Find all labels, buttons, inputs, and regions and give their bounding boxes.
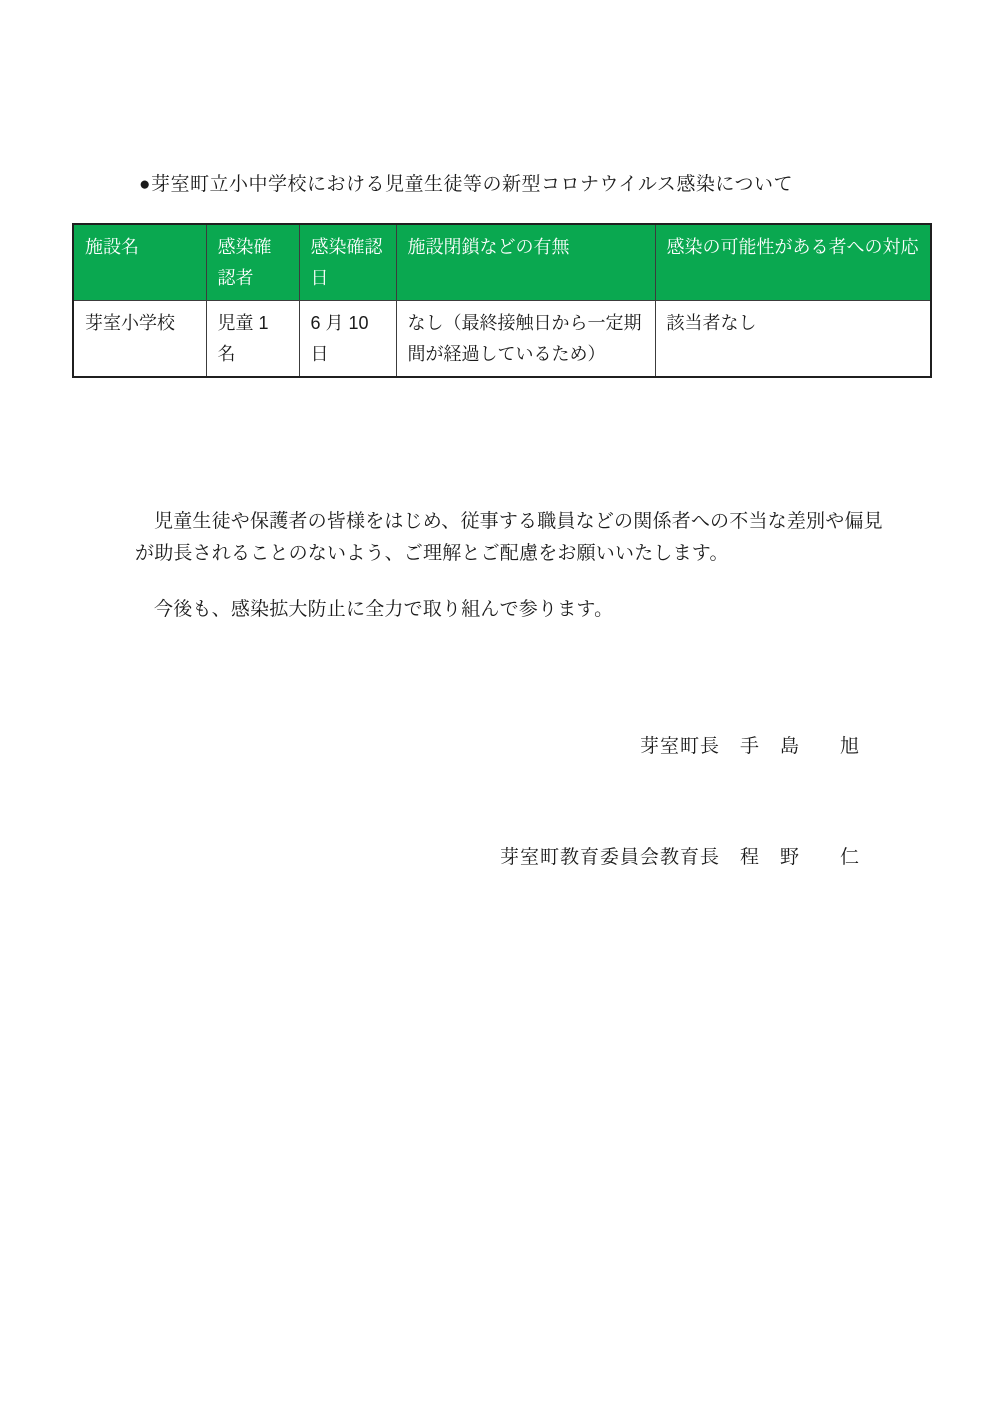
header-confirmed-person: 感染確認者 — [206, 224, 299, 301]
cell-facility-name: 芽室小学校 — [73, 301, 206, 378]
header-confirmed-date: 感染確認日 — [299, 224, 396, 301]
paragraph-discrimination-notice: 児童生徒や保護者の皆様をはじめ、従事する職員などの関係者への不当な差別や偏見が助… — [135, 506, 883, 570]
cell-confirmed-date: 6 月 10 日 — [299, 301, 396, 378]
document-page: ●芽室町立小中学校における児童生徒等の新型コロナウイルス感染について 施設名 感… — [0, 0, 1000, 1415]
signature-superintendent: 芽室町教育委員会教育長 程 野 仁 — [500, 839, 860, 876]
header-contact-response: 感染の可能性がある者への対応 — [655, 224, 931, 301]
header-closure-status: 施設閉鎖などの有無 — [396, 224, 655, 301]
table-header-row: 施設名 感染確認者 感染確認日 施設閉鎖などの有無 感染の可能性がある者への対応 — [73, 224, 931, 301]
table-row: 芽室小学校 児童 1 名 6 月 10 日 なし（最終接触日から一定期間が経過し… — [73, 301, 931, 378]
header-facility-name: 施設名 — [73, 224, 206, 301]
signature-mayor: 芽室町長 手 島 旭 — [500, 728, 860, 765]
document-title: ●芽室町立小中学校における児童生徒等の新型コロナウイルス感染について — [139, 169, 793, 196]
signature-block: 芽室町長 手 島 旭 芽室町教育委員会教育長 程 野 仁 — [500, 654, 860, 950]
infection-info-table: 施設名 感染確認者 感染確認日 施設閉鎖などの有無 感染の可能性がある者への対応… — [72, 223, 932, 378]
cell-contact-response: 該当者なし — [655, 301, 931, 378]
cell-confirmed-person: 児童 1 名 — [206, 301, 299, 378]
cell-closure-status: なし（最終接触日から一定期間が経過しているため） — [396, 301, 655, 378]
paragraph-commitment: 今後も、感染拡大防止に全力で取り組んで参ります。 — [135, 594, 883, 626]
